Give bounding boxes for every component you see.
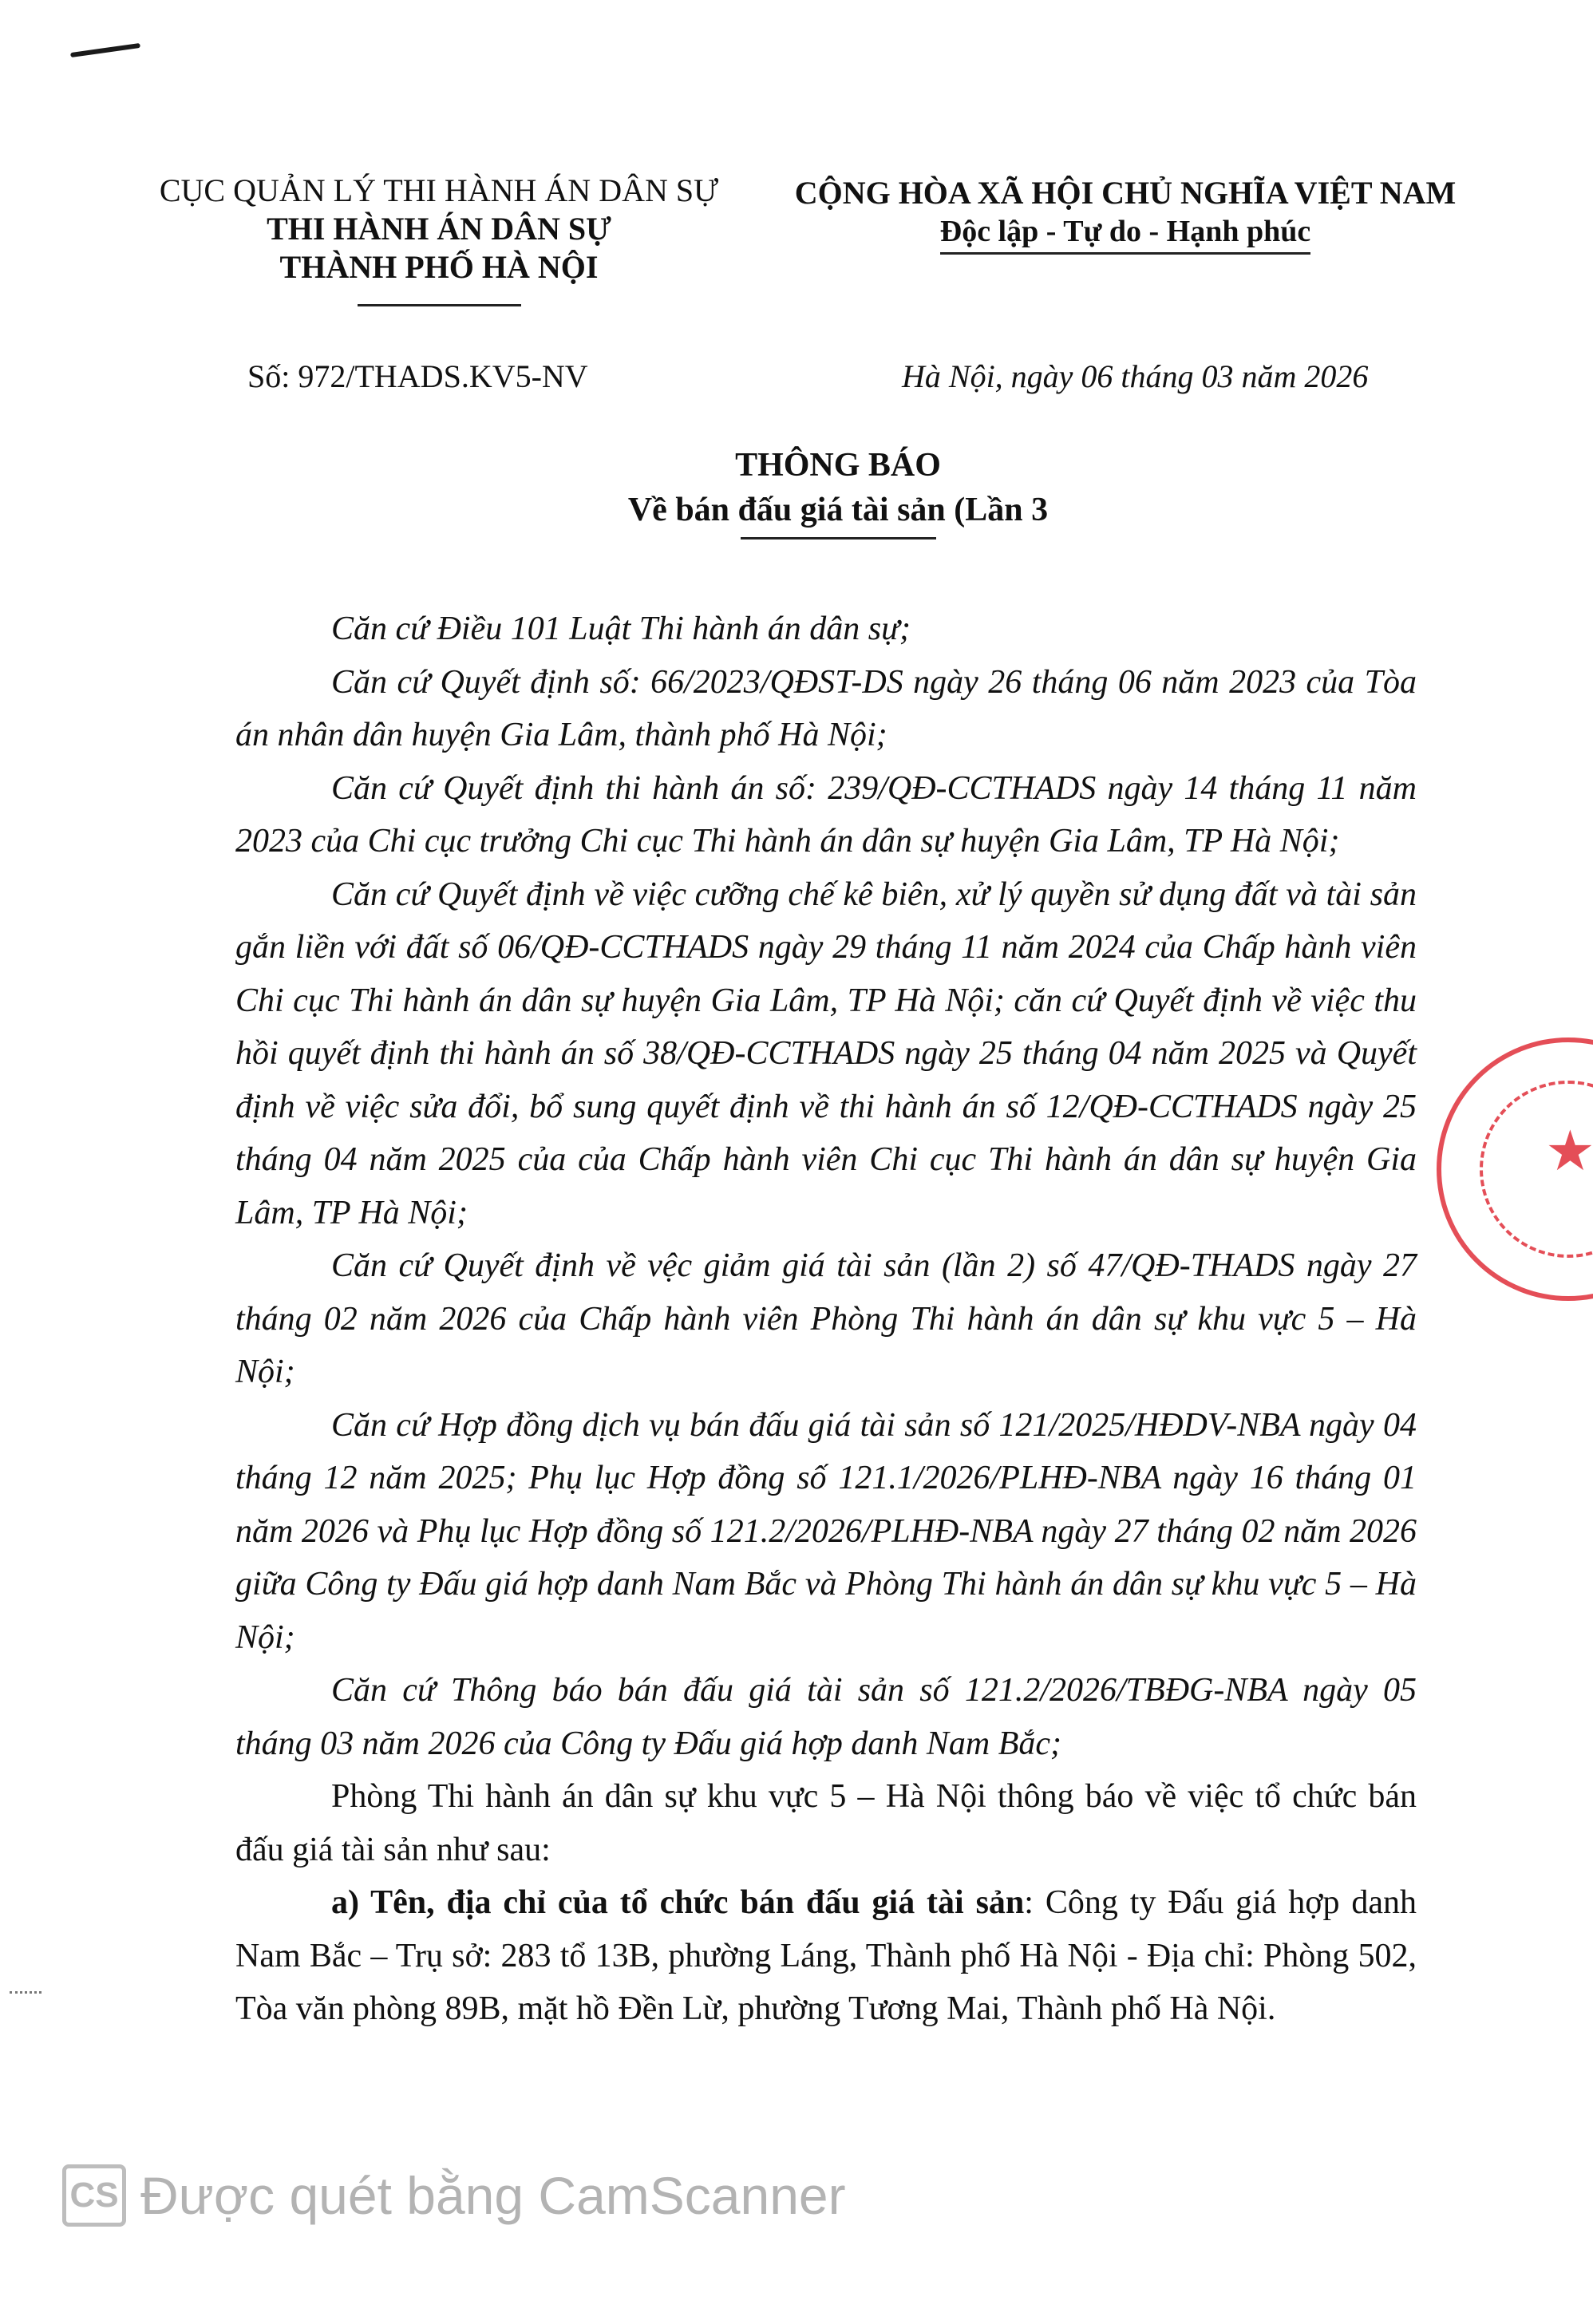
item-a: a) Tên, địa chỉ của tổ chức bán đấu giá … <box>235 1876 1417 2036</box>
legal-basis-2: Căn cứ Quyết định số: 66/2023/QĐST-DS ng… <box>235 656 1417 762</box>
announcement-intro: Phòng Thi hành án dân sự khu vực 5 – Hà … <box>235 1770 1417 1876</box>
document-title-block: THÔNG BÁO Về bán đấu giá tài sản (Lần 3 <box>0 443 1593 539</box>
national-motto-header: CỘNG HÒA XÃ HỘI CHỦ NGHĨA VIỆT NAM Độc l… <box>766 174 1484 255</box>
agency-line-2: THI HÀNH ÁN DÂN SỰ <box>136 210 742 248</box>
place-and-date: Hà Nội, ngày 06 tháng 03 năm 2026 <box>902 358 1368 395</box>
agency-line-1: CỤC QUẢN LÝ THI HÀNH ÁN DÂN SỰ <box>136 172 742 210</box>
official-red-seal: ★ <box>1437 1037 1593 1301</box>
legal-basis-6: Căn cứ Hợp đồng dịch vụ bán đấu giá tài … <box>235 1399 1417 1665</box>
document-number: Số: 972/THADS.KV5-NV <box>247 358 588 395</box>
watermark-text: Được quét bằng CamScanner <box>140 2165 846 2226</box>
issuing-agency-header: CỤC QUẢN LÝ THI HÀNH ÁN DÂN SỰ THI HÀNH … <box>136 172 742 306</box>
agency-line-3: THÀNH PHỐ HÀ NỘI <box>136 248 742 287</box>
document-subtitle: Về bán đấu giá tài sản (Lần 3 <box>0 488 1593 532</box>
staple-mark <box>70 43 140 57</box>
scan-artifact <box>10 1991 42 1997</box>
motto: Độc lập - Tự do - Hạnh phúc <box>940 212 1311 255</box>
country-name: CỘNG HÒA XÃ HỘI CHỦ NGHĨA VIỆT NAM <box>766 174 1484 212</box>
legal-basis-1: Căn cứ Điều 101 Luật Thi hành án dân sự; <box>235 603 1417 656</box>
legal-basis-3: Căn cứ Quyết định thi hành án số: 239/QĐ… <box>235 762 1417 868</box>
document-title: THÔNG BÁO <box>0 443 1593 488</box>
item-a-label: a) Tên, địa chỉ của tổ chức bán đấu giá … <box>331 1884 1024 1921</box>
camscanner-logo-icon: CS <box>62 2164 126 2227</box>
legal-basis-7: Căn cứ Thông báo bán đấu giá tài sản số … <box>235 1664 1417 1770</box>
document-body: Căn cứ Điều 101 Luật Thi hành án dân sự;… <box>235 603 1417 2036</box>
legal-basis-5: Căn cứ Quyết định về vệc giảm giá tài sả… <box>235 1239 1417 1399</box>
legal-basis-4: Căn cứ Quyết định về việc cưỡng chế kê b… <box>235 868 1417 1240</box>
camscanner-watermark: CS Được quét bằng CamScanner <box>62 2164 846 2227</box>
title-underline <box>741 537 936 539</box>
agency-underline <box>358 304 521 306</box>
star-icon: ★ <box>1545 1118 1593 1184</box>
